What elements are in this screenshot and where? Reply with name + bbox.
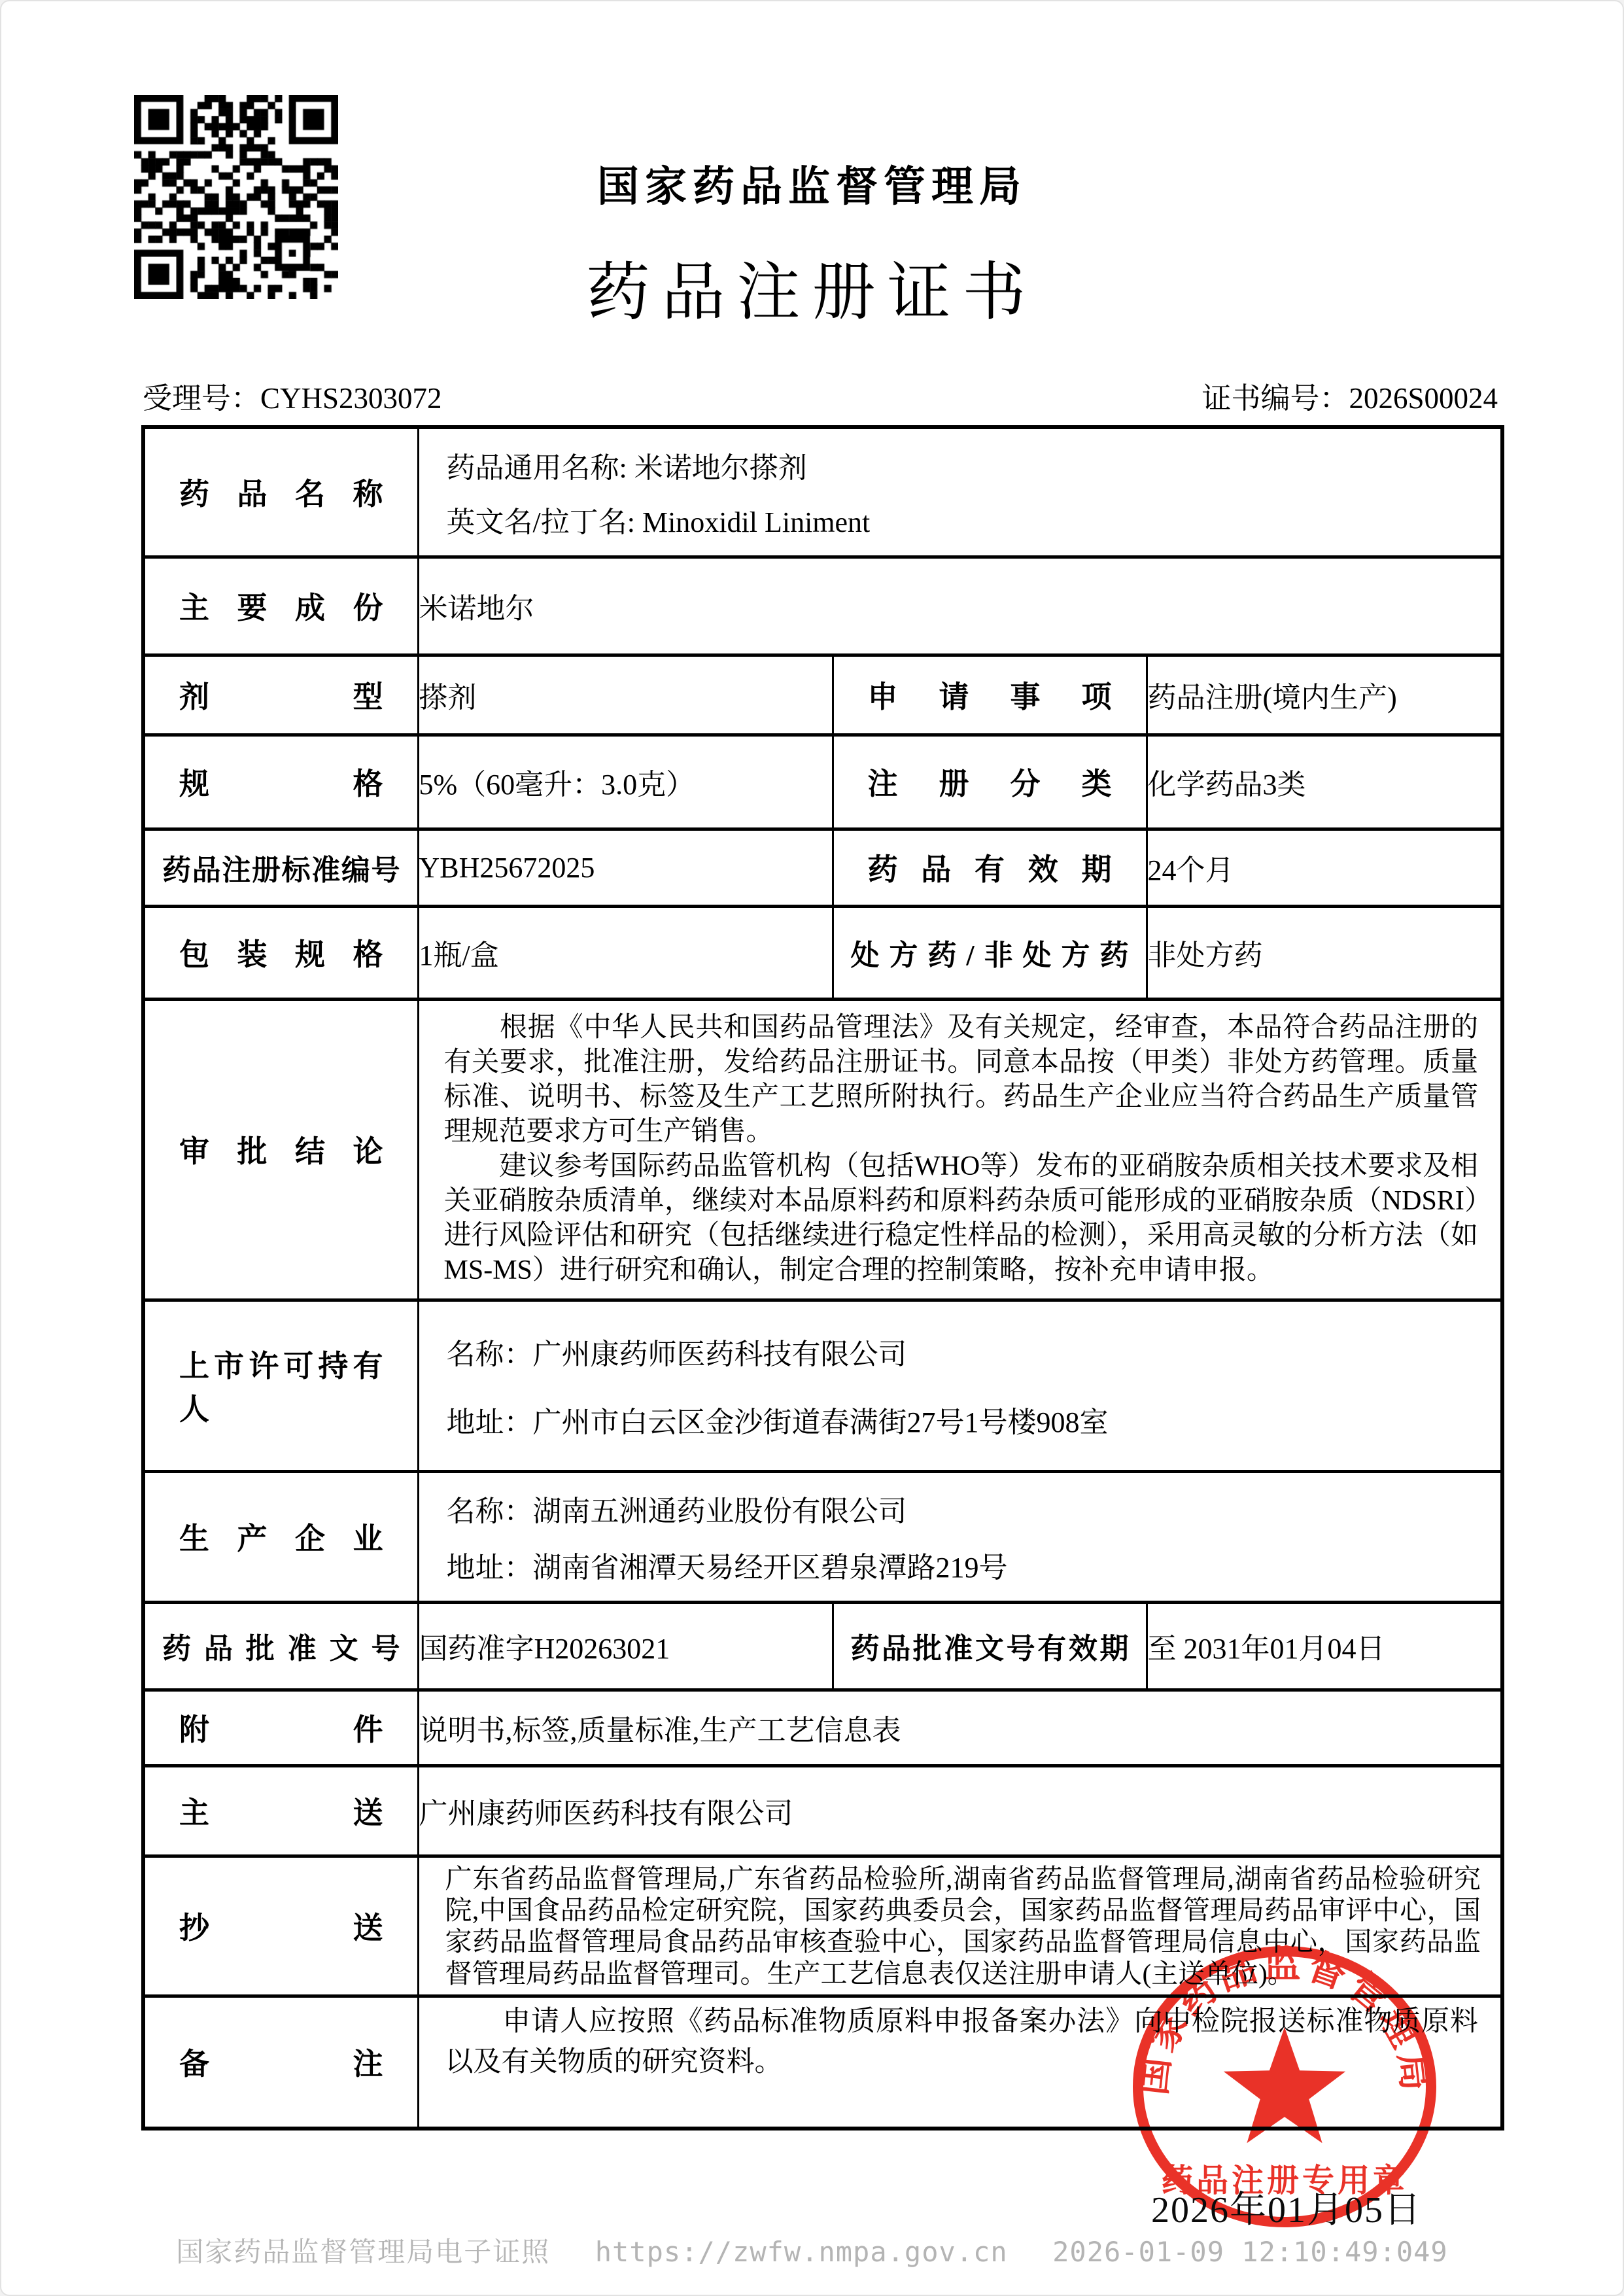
certificate-number-value: 2026S00024 — [1349, 382, 1498, 415]
dosage-form-label-cell: 剂型 — [143, 655, 418, 735]
table-row: 生产企业 名称：湖南五洲通药业股份有限公司 地址：湖南省湘潭天易经开区碧泉潭路2… — [143, 1471, 1502, 1602]
acceptance-number-label: 受理号： — [143, 382, 260, 415]
application-item-label-cell: 申请事项 — [833, 655, 1147, 735]
main-recipient-label: 主送 — [179, 1789, 383, 1832]
table-row: 主送 广州康药师医药科技有限公司 — [143, 1765, 1502, 1856]
license-holder-label-cell: 上市许可持有人 — [143, 1300, 418, 1471]
acceptance-number: 受理号：CYHS2303072 — [143, 374, 442, 417]
standard-number-label-cell: 药品注册标准编号 — [143, 829, 418, 906]
attachments-value: 说明书,标签,质量标准,生产工艺信息表 — [418, 1690, 1502, 1765]
specification-value: 5%（60毫升：3.0克） — [418, 735, 833, 829]
manufacturer-name: 名称：湖南五洲通药业股份有限公司 — [447, 1487, 1488, 1529]
footer-url: https://zwfw.nmpa.gov.cn — [595, 2236, 1008, 2268]
approval-conclusion-paragraph-2: 建议参考国际药品监管机构（包括WHO等）发布的亚硝胺杂质相关技术要求及相关亚硝胺… — [444, 1149, 1479, 1288]
license-holder-address: 地址：广州市白云区金沙街道春满街27号1号楼908室 — [447, 1399, 1488, 1440]
approval-conclusion-label-cell: 审批结论 — [143, 999, 418, 1300]
drug-english-name: 英文名/拉丁名: Minoxidil Liniment — [447, 498, 1488, 540]
otc-type-label: 处方药/非处方药 — [851, 931, 1129, 973]
specification-label: 规格 — [179, 760, 383, 803]
approval-conclusion-paragraph-1: 根据《中华人民共和国药品管理法》及有关规定，经审查，本品符合药品注册的有关要求，… — [444, 1011, 1479, 1149]
footer: 国家药品监督管理局电子证照 https://zwfw.nmpa.gov.cn 2… — [1, 2231, 1623, 2270]
manufacturer-value-cell: 名称：湖南五洲通药业股份有限公司 地址：湖南省湘潭天易经开区碧泉潭路219号 — [418, 1471, 1502, 1602]
manufacturer-label-cell: 生产企业 — [143, 1471, 418, 1602]
table-row: 剂型 搽剂 申请事项 药品注册(境内生产) — [143, 655, 1502, 735]
copy-recipients-cell: 广东省药品监督管理局,广东省药品检验所,湖南省药品监督管理局,湖南省药品检验研究… — [418, 1856, 1502, 1996]
otc-type-label-cell: 处方药/非处方药 — [833, 906, 1147, 999]
table-row: 附件 说明书,标签,质量标准,生产工艺信息表 — [143, 1690, 1502, 1765]
approval-number-validity-label-cell: 药品批准文号有效期 — [833, 1602, 1147, 1690]
table-row: 抄送 广东省药品监督管理局,广东省药品检验所,湖南省药品监督管理局,湖南省药品检… — [143, 1856, 1502, 1996]
footer-timestamp: 2026-01-09 12:10:49:049 — [1052, 2236, 1448, 2268]
approval-number-label: 药品批准文号 — [162, 1625, 400, 1667]
table-row: 规格 5%（60毫升：3.0克） 注册分类 化学药品3类 — [143, 735, 1502, 829]
manufacturer-address: 地址：湖南省湘潭天易经开区碧泉潭路219号 — [447, 1544, 1488, 1586]
approval-number-value: 国药准字H20263021 — [418, 1602, 833, 1690]
standard-number-label: 药品注册标准编号 — [162, 846, 400, 888]
certificate-page: 国家药品监督管理局 药品注册证书 受理号：CYHS2303072 证书编号：20… — [0, 0, 1624, 2296]
agency-title: 国家药品监督管理局 — [1, 153, 1623, 213]
copy-recipients-value: 广东省药品监督管理局,广东省药品检验所,湖南省药品监督管理局,湖南省药品检验研究… — [419, 1858, 1501, 1995]
registration-class-label-cell: 注册分类 — [833, 735, 1147, 829]
table-row: 药品注册标准编号 YBH25672025 药品有效期 24个月 — [143, 829, 1502, 906]
main-ingredient-label: 主要成份 — [179, 584, 383, 627]
certificate-table: 药品名称 药品通用名称: 米诺地尔搽剂 英文名/拉丁名: Minoxidil L… — [141, 425, 1504, 2131]
table-row: 审批结论 根据《中华人民共和国药品管理法》及有关规定，经审查，本品符合药品注册的… — [143, 999, 1502, 1300]
approval-number-validity-value: 至 2031年01月04日 — [1147, 1602, 1502, 1690]
table-row: 药品名称 药品通用名称: 米诺地尔搽剂 英文名/拉丁名: Minoxidil L… — [143, 427, 1502, 557]
attachments-label: 附件 — [179, 1706, 383, 1749]
remarks-cell: 申请人应按照《药品标准物质原料申报备案办法》向中检院报送标准物质原料以及有关物质… — [418, 1996, 1502, 2129]
package-spec-label: 包装规格 — [179, 931, 383, 974]
table-row: 药品批准文号 国药准字H20263021 药品批准文号有效期 至 2031年01… — [143, 1602, 1502, 1690]
main-recipient-value: 广州康药师医药科技有限公司 — [418, 1765, 1502, 1856]
package-spec-label-cell: 包装规格 — [143, 906, 418, 999]
application-item-value: 药品注册(境内生产) — [1147, 655, 1502, 735]
otc-type-value: 非处方药 — [1147, 906, 1502, 999]
approval-number-label-cell: 药品批准文号 — [143, 1602, 418, 1690]
remarks-label-cell: 备注 — [143, 1996, 418, 2129]
validity-period-value: 24个月 — [1147, 829, 1502, 906]
drug-name-label: 药品名称 — [179, 470, 383, 513]
drug-name-value-cell: 药品通用名称: 米诺地尔搽剂 英文名/拉丁名: Minoxidil Linime… — [418, 427, 1502, 557]
license-holder-label: 上市许可持有人 — [179, 1342, 383, 1429]
main-recipient-label-cell: 主送 — [143, 1765, 418, 1856]
approval-conclusion-cell: 根据《中华人民共和国药品管理法》及有关规定，经审查，本品符合药品注册的有关要求，… — [418, 999, 1502, 1300]
drug-generic-name: 药品通用名称: 米诺地尔搽剂 — [447, 444, 1488, 486]
approval-conclusion-label: 审批结论 — [179, 1128, 383, 1171]
specification-label-cell: 规格 — [143, 735, 418, 829]
dosage-form-label: 剂型 — [179, 673, 383, 716]
acceptance-number-value: CYHS2303072 — [260, 382, 442, 415]
copy-recipients-label: 抄送 — [179, 1904, 383, 1947]
table-row: 上市许可持有人 名称：广州康药师医药科技有限公司 地址：广州市白云区金沙街道春满… — [143, 1300, 1502, 1471]
license-holder-name: 名称：广州康药师医药科技有限公司 — [447, 1331, 1488, 1372]
standard-number-value: YBH25672025 — [418, 829, 833, 906]
package-spec-value: 1瓶/盒 — [418, 906, 833, 999]
drug-name-label-cell: 药品名称 — [143, 427, 418, 557]
certificate-meta: 受理号：CYHS2303072 证书编号：2026S00024 — [143, 374, 1498, 417]
table-row: 备注 申请人应按照《药品标准物质原料申报备案办法》向中检院报送标准物质原料以及有… — [143, 1996, 1502, 2129]
main-ingredient-label-cell: 主要成份 — [143, 557, 418, 655]
seal-date: 2026年01月05日 — [1113, 2181, 1460, 2233]
table-row: 包装规格 1瓶/盒 处方药/非处方药 非处方药 — [143, 906, 1502, 999]
manufacturer-label: 生产企业 — [179, 1515, 383, 1558]
registration-class-label: 注册分类 — [868, 760, 1112, 803]
remarks-label: 备注 — [179, 2040, 383, 2083]
footer-cert-text: 国家药品监督管理局电子证照 — [176, 2238, 550, 2268]
copy-recipients-label-cell: 抄送 — [143, 1856, 418, 1996]
certificate-number: 证书编号：2026S00024 — [1201, 374, 1498, 417]
attachments-label-cell: 附件 — [143, 1690, 418, 1765]
license-holder-value-cell: 名称：广州康药师医药科技有限公司 地址：广州市白云区金沙街道春满街27号1号楼9… — [418, 1300, 1502, 1471]
remarks-value: 申请人应按照《药品标准物质原料申报备案办法》向中检院报送标准物质原料以及有关物质… — [419, 1998, 1501, 2127]
validity-period-label-cell: 药品有效期 — [833, 829, 1147, 906]
table-row: 主要成份 米诺地尔 — [143, 557, 1502, 655]
registration-class-value: 化学药品3类 — [1147, 735, 1502, 829]
main-ingredient-value: 米诺地尔 — [418, 557, 1502, 655]
dosage-form-value: 搽剂 — [418, 655, 833, 735]
approval-number-validity-label: 药品批准文号有效期 — [851, 1625, 1129, 1667]
validity-period-label: 药品有效期 — [868, 846, 1112, 889]
certificate-number-label: 证书编号： — [1201, 382, 1349, 415]
certificate-title: 药品注册证书 — [1, 241, 1623, 332]
application-item-label: 申请事项 — [868, 673, 1112, 716]
